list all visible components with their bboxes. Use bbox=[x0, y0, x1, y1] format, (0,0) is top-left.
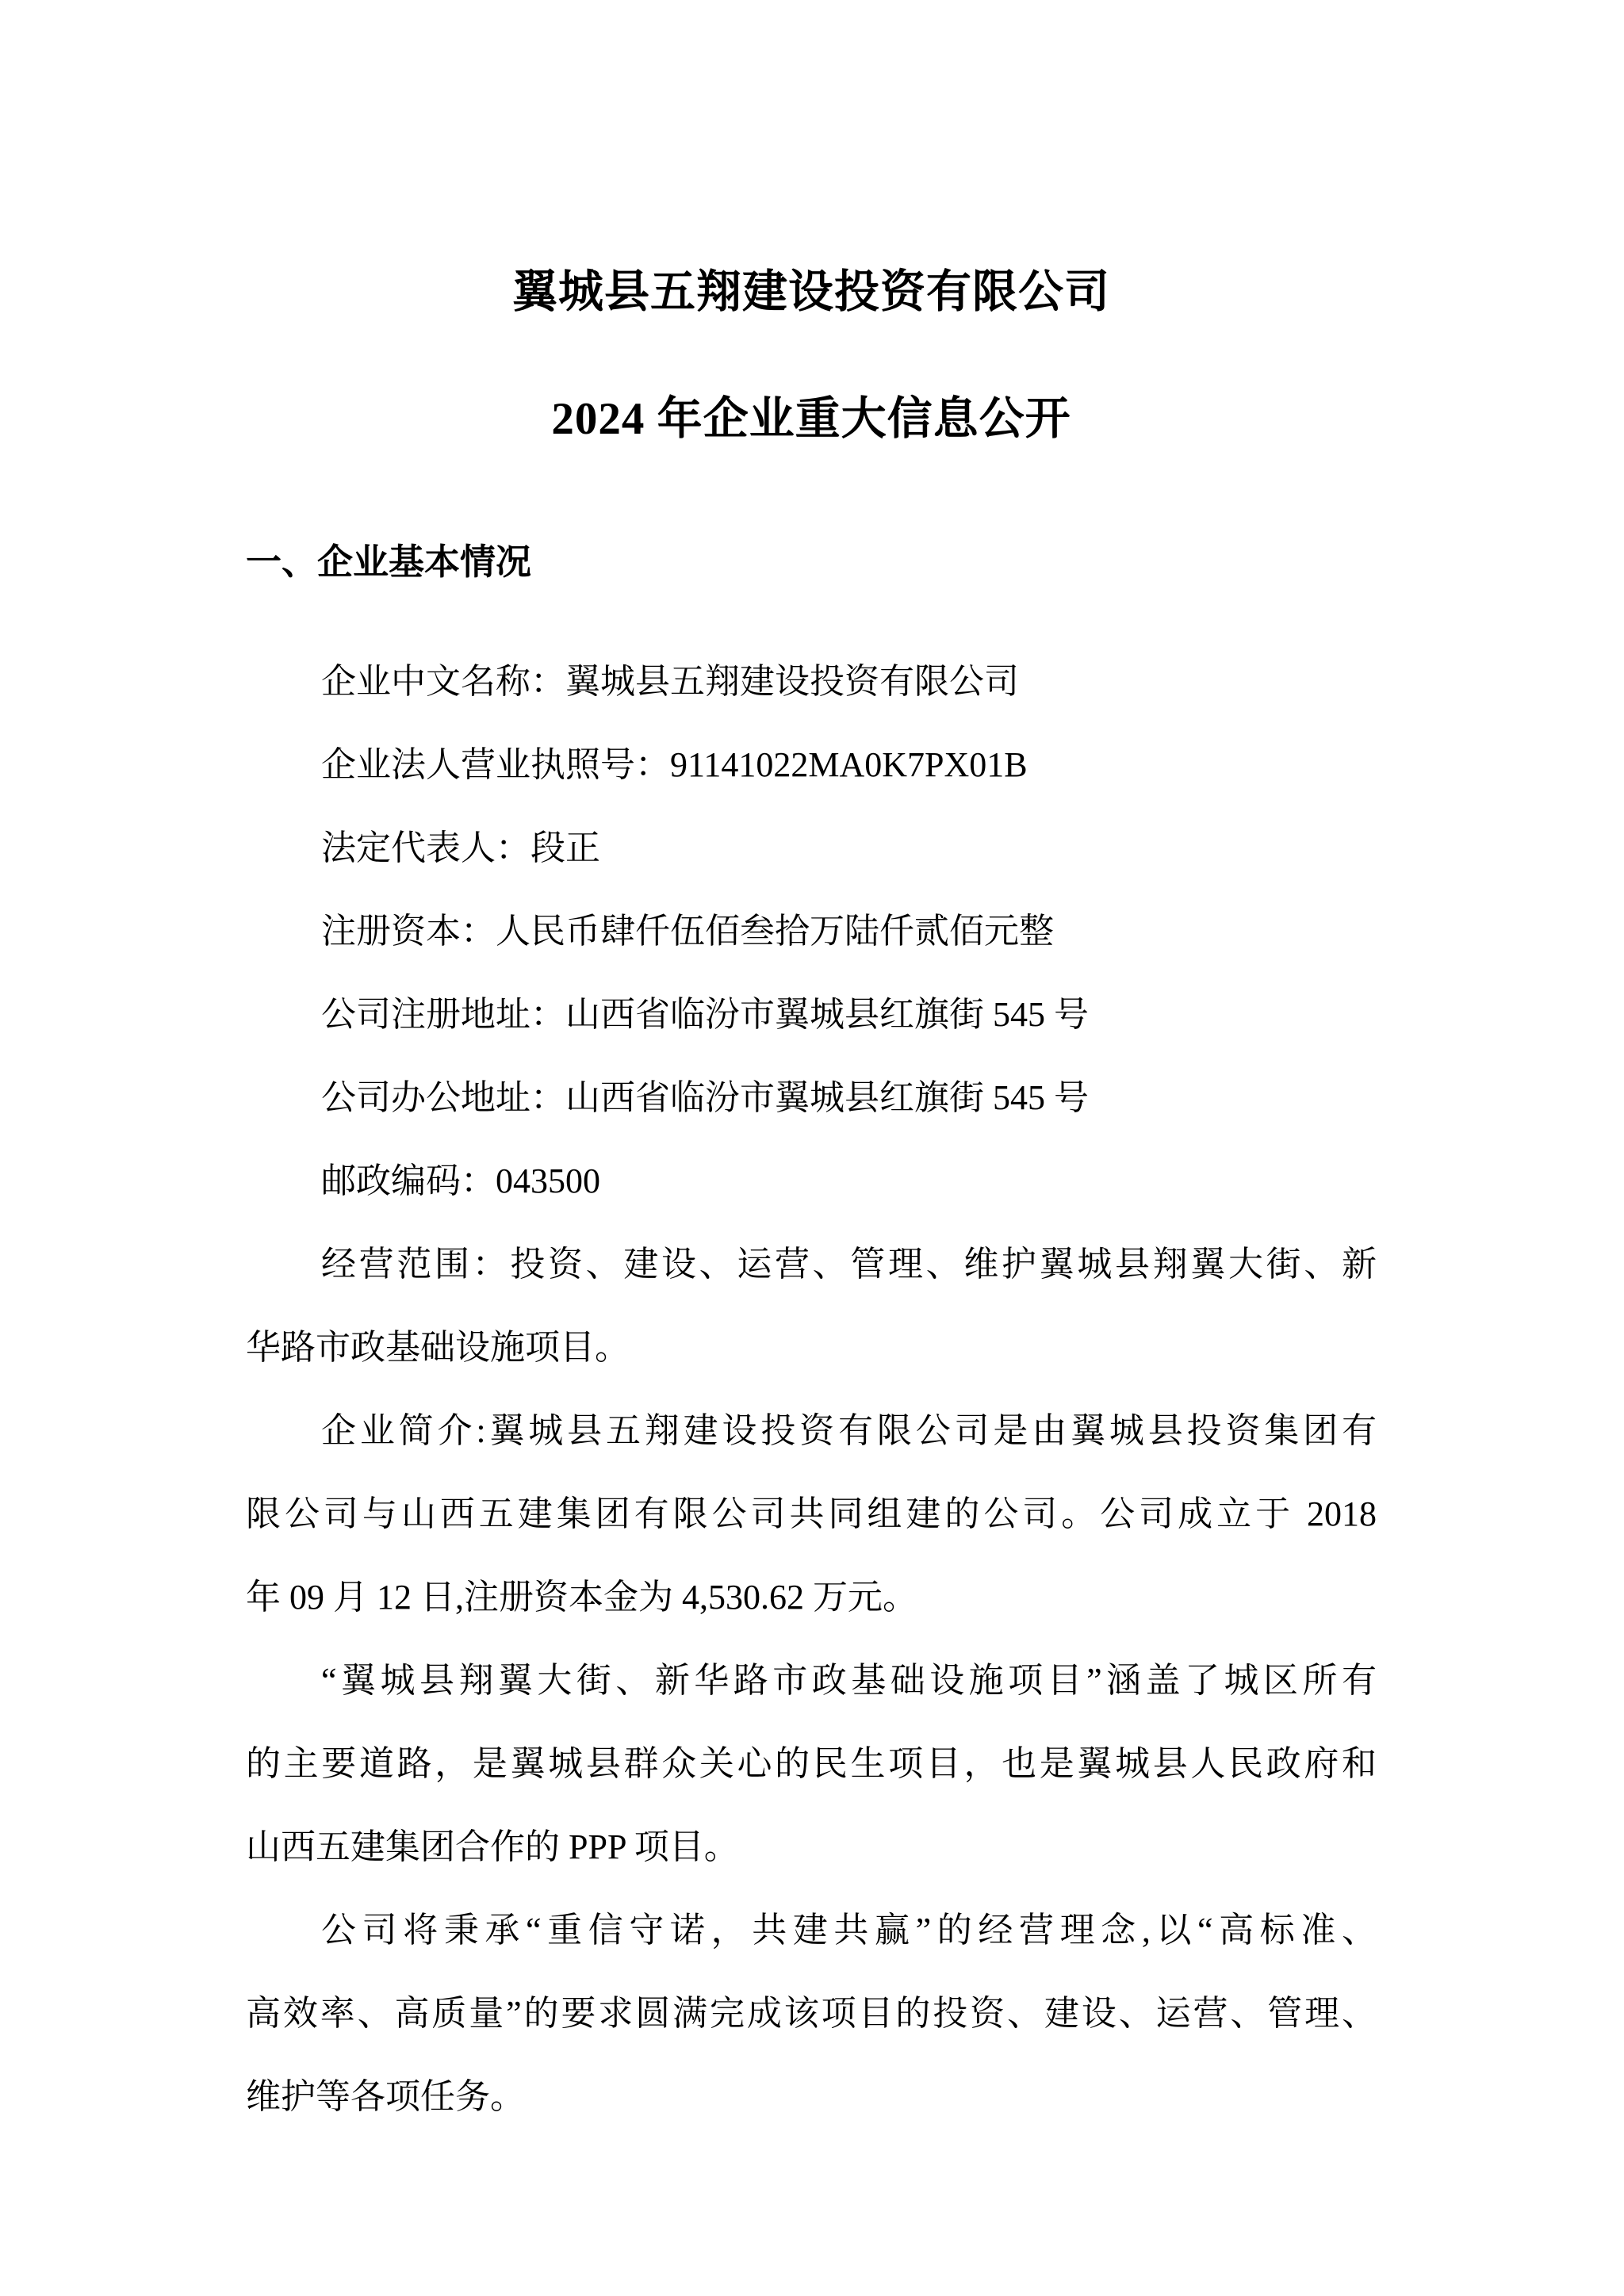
field-line-postal-code: 邮政编码：043500 bbox=[246, 1139, 1377, 1223]
document-subtitle: 2024 年企业重大信息公开 bbox=[246, 396, 1377, 442]
field-value: 翼城县五翔建设投资有限公司 bbox=[565, 662, 1019, 701]
paragraph-line: 山西五建集团合作的 PPP 项目。 bbox=[246, 1805, 1377, 1888]
paragraph-line: “翼城县翔翼大街、新华路市政基础设施项目”涵盖了城区所有 bbox=[246, 1639, 1377, 1722]
field-line-legal-representative: 法定代表人：段正 bbox=[246, 806, 1377, 890]
field-label: 公司注册地址： bbox=[321, 995, 565, 1034]
section-heading: 一、企业基本情况 bbox=[246, 545, 1377, 580]
field-label: 企业中文名称： bbox=[321, 662, 565, 701]
field-value: 山西省临汾市翼城县红旗街 545 号 bbox=[565, 1078, 1089, 1117]
field-label: 法定代表人： bbox=[321, 828, 530, 867]
document-body: 企业中文名称：翼城县五翔建设投资有限公司 企业法人营业执照号：91141022M… bbox=[246, 640, 1377, 2138]
paragraph-company-profile: 企业简介:翼城县五翔建设投资有限公司是由翼城县投资集团有 限公司与山西五建集团有… bbox=[246, 1389, 1377, 1639]
document-title: 翼城县五翔建设投资有限公司 bbox=[246, 270, 1377, 315]
document-page: 翼城县五翔建设投资有限公司 2024 年企业重大信息公开 一、企业基本情况 企业… bbox=[0, 0, 1624, 2296]
field-value: 043500 bbox=[496, 1161, 600, 1200]
paragraph-mission: 公司将秉承“重信守诺，共建共赢”的经营理念,以“高标准、 高效率、高质量”的要求… bbox=[246, 1888, 1377, 2138]
field-value: 人民币肆仟伍佰叁拾万陆仟贰佰元整 bbox=[496, 912, 1054, 951]
field-line-office-address: 公司办公地址：山西省临汾市翼城县红旗街 545 号 bbox=[246, 1056, 1377, 1139]
paragraph-line: 年 09 月 12 日,注册资本金为 4,530.62 万元。 bbox=[246, 1556, 1377, 1639]
paragraph-business-scope: 经营范围：投资、建设、运营、管理、维护翼城县翔翼大街、新 华路市政基础设施项目。 bbox=[246, 1223, 1377, 1389]
field-value: 山西省临汾市翼城县红旗街 545 号 bbox=[565, 995, 1089, 1034]
paragraph-line: 企业简介:翼城县五翔建设投资有限公司是由翼城县投资集团有 bbox=[246, 1389, 1377, 1472]
field-line-company-name: 企业中文名称：翼城县五翔建设投资有限公司 bbox=[246, 640, 1377, 723]
field-label: 公司办公地址： bbox=[321, 1078, 565, 1117]
paragraph-line: 维护等各项任务。 bbox=[246, 2055, 1377, 2138]
field-line-license-number: 企业法人营业执照号：91141022MA0K7PX01B bbox=[246, 723, 1377, 806]
field-line-registered-address: 公司注册地址：山西省临汾市翼城县红旗街 545 号 bbox=[246, 973, 1377, 1056]
paragraph-line: 经营范围：投资、建设、运营、管理、维护翼城县翔翼大街、新 bbox=[246, 1223, 1377, 1306]
paragraph-line: 限公司与山西五建集团有限公司共同组建的公司。公司成立于 2018 bbox=[246, 1472, 1377, 1556]
paragraph-line: 公司将秉承“重信守诺，共建共赢”的经营理念,以“高标准、 bbox=[246, 1888, 1377, 1972]
field-line-registered-capital: 注册资本：人民币肆仟伍佰叁拾万陆仟贰佰元整 bbox=[246, 890, 1377, 973]
field-label: 邮政编码： bbox=[321, 1161, 496, 1200]
paragraph-project-description: “翼城县翔翼大街、新华路市政基础设施项目”涵盖了城区所有 的主要道路，是翼城县群… bbox=[246, 1639, 1377, 1888]
field-value: 段正 bbox=[530, 828, 600, 867]
field-label: 注册资本： bbox=[321, 912, 496, 951]
paragraph-line: 的主要道路，是翼城县群众关心的民生项目，也是翼城县人民政府和 bbox=[246, 1722, 1377, 1805]
field-value: 91141022MA0K7PX01B bbox=[670, 745, 1028, 784]
paragraph-line: 华路市政基础设施项目。 bbox=[246, 1306, 1377, 1389]
paragraph-line: 高效率、高质量”的要求圆满完成该项目的投资、建设、运营、管理、 bbox=[246, 1972, 1377, 2055]
field-label: 企业法人营业执照号： bbox=[321, 745, 670, 784]
